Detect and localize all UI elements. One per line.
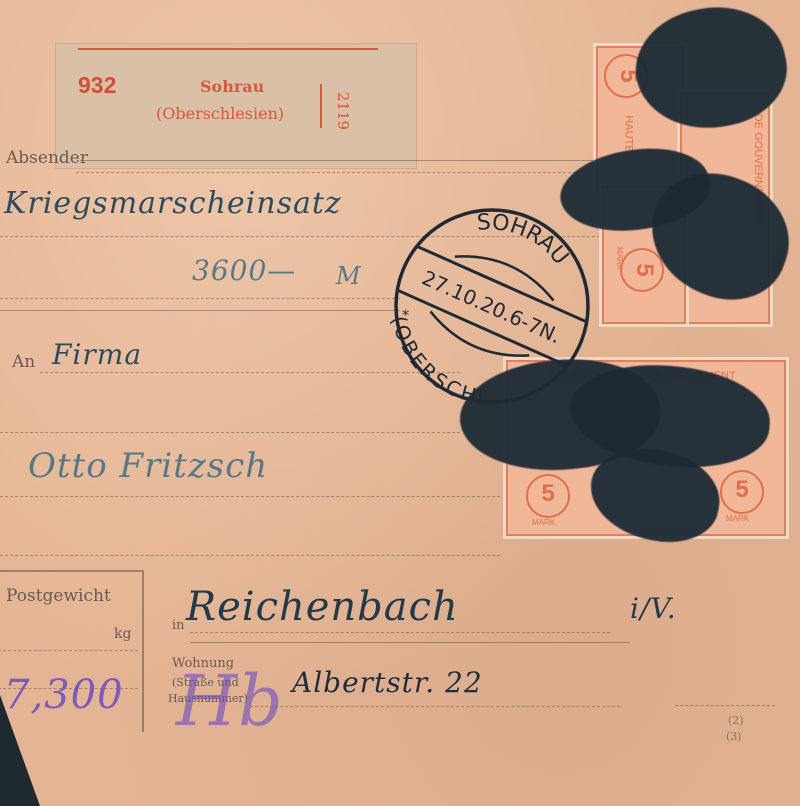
corner-note: (2) — [728, 714, 744, 727]
form-line — [675, 705, 775, 706]
weight-title: Postgewicht — [6, 586, 111, 606]
to-label: An — [12, 352, 35, 372]
form-line — [0, 496, 500, 497]
postmark-star-icon: * — [402, 308, 409, 324]
route-code: 2119 — [334, 92, 352, 130]
postmark: 27.10.20.6-7N. SOHRAU (OBERSCHL * — [388, 204, 596, 408]
handwriting-initials: Hb — [176, 660, 284, 742]
parcel-card: 932 Sohrau (Oberschlesien) 2119 Absender… — [0, 0, 800, 806]
handwriting-recipient: Otto Fritzsch — [28, 446, 268, 486]
form-rule — [0, 310, 400, 311]
in-label: in — [172, 618, 185, 633]
stamp-side-text: HAUTE — [623, 115, 635, 152]
stamp-value: 5 — [620, 248, 664, 292]
stamp-unit: MARK — [726, 514, 749, 523]
route-label: 932 Sohrau (Oberschlesien) 2119 — [56, 44, 416, 168]
form-line — [0, 298, 400, 299]
form-line — [0, 432, 460, 433]
handwriting-amount: 3600— — [192, 254, 296, 287]
handwriting-city-suffix: i/V. — [630, 592, 677, 625]
handwriting-to: Firma — [52, 338, 142, 371]
handwriting-weight: 7,300 — [4, 672, 124, 718]
form-rule — [190, 642, 630, 643]
form-line — [190, 632, 610, 633]
form-line — [76, 172, 596, 173]
form-line — [0, 555, 500, 556]
stamp-value: 5 — [526, 474, 570, 518]
route-number: 932 — [78, 72, 116, 99]
form-line — [250, 706, 620, 707]
route-city: Sohrau — [200, 77, 264, 96]
handwriting-city: Reichenbach — [186, 584, 459, 630]
stamp-unit: MARK — [532, 518, 555, 527]
form-line — [0, 650, 138, 651]
corner-note: (3) — [726, 730, 742, 743]
route-divider — [320, 84, 322, 128]
handwriting-sender-line: Kriegsmarscheinsatz — [4, 186, 342, 221]
form-rule — [80, 160, 600, 161]
handwriting-amount-suffix: M — [336, 262, 362, 290]
route-region: (Oberschlesien) — [156, 104, 284, 123]
stamp-unit: MARK — [615, 247, 624, 270]
route-label-rule — [78, 48, 378, 50]
handwriting-street: Albertstr. 22 — [292, 666, 483, 699]
sender-label: Absender — [6, 148, 88, 168]
handwriting-sender-name — [250, 146, 259, 174]
weight-unit: kg — [114, 626, 131, 642]
stamp-value: 5 — [720, 470, 764, 514]
